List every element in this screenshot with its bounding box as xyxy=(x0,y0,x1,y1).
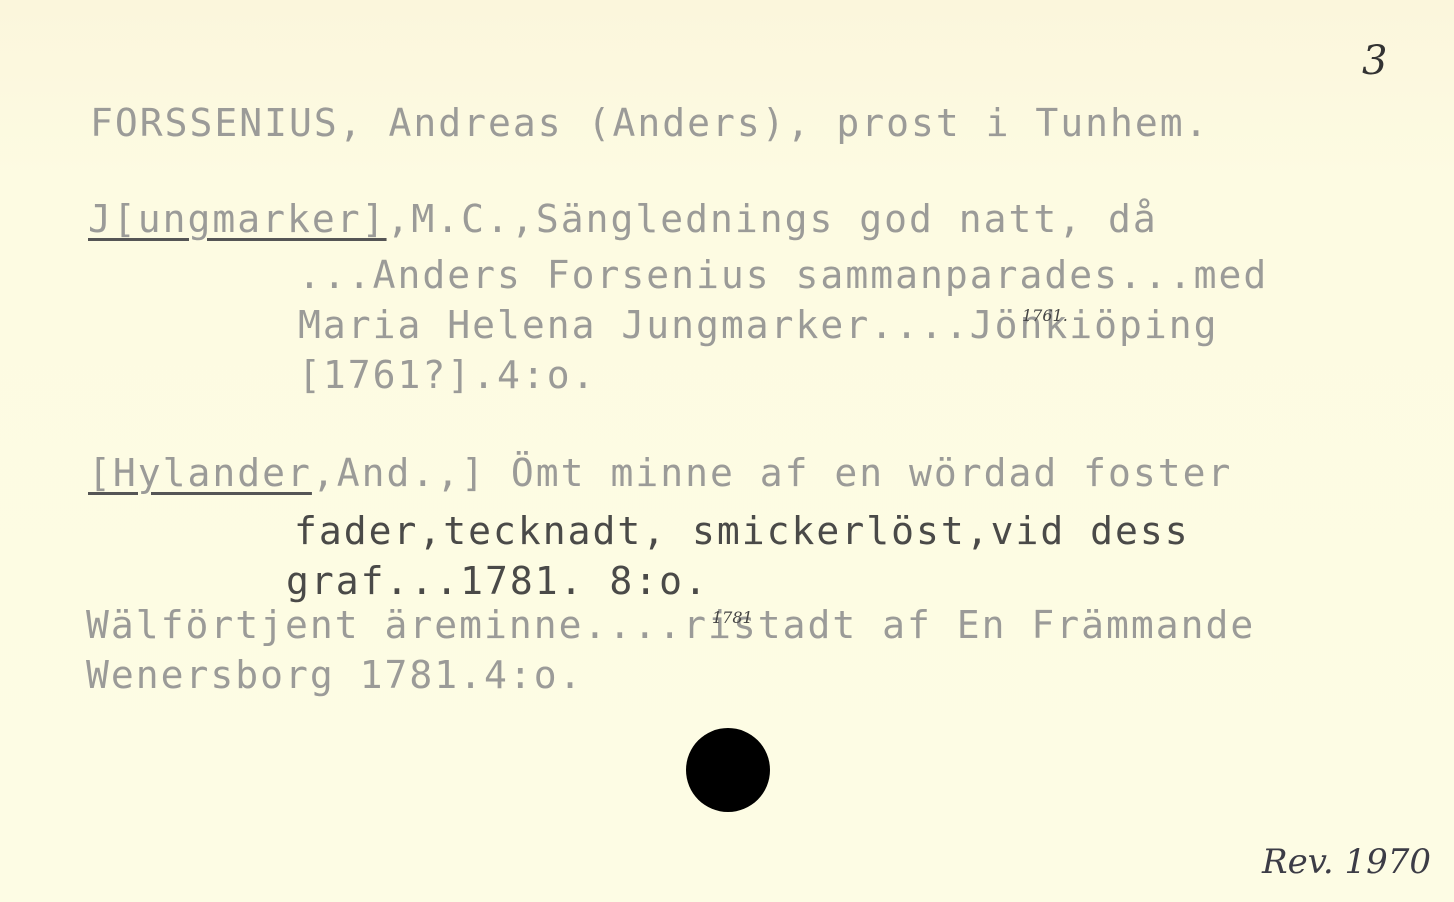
revision-note: Rev. 1970 xyxy=(1262,842,1431,882)
punch-hole xyxy=(686,728,770,812)
entry-2-author: [Hylander xyxy=(88,451,312,495)
catalog-card: 3 FORSSENIUS, Andreas (Anders), prost i … xyxy=(0,0,1454,902)
heading-rest: , Andreas (Anders), prost i Tunhem. xyxy=(339,101,1210,145)
entry-1-line-1: J[ungmarker],M.C.,Sänglednings god natt,… xyxy=(88,200,1158,238)
entry-1-line-4: [1761?].4:o. xyxy=(298,356,597,394)
entry-1-author: J[ungmarker] xyxy=(88,197,387,241)
entry-1-line-2: ...Anders Forsenius sammanparades...med xyxy=(298,256,1268,294)
entry-1-line-3: Maria Helena Jungmarker....Jönkiöping xyxy=(298,306,1218,344)
entry-2-title: ,And.,] Ömt minne af en wördad foster xyxy=(312,451,1232,495)
card-heading: FORSSENIUS, Andreas (Anders), prost i Tu… xyxy=(90,104,1210,142)
heading-surname: FORSSENIUS xyxy=(90,101,339,145)
page-number: 3 xyxy=(1362,38,1387,84)
entry-3-line-2: Wenersborg 1781.4:o. xyxy=(86,656,584,694)
entry-3-line-1: Wälförtjent äreminne....ristadt af En Fr… xyxy=(86,606,1255,644)
entry-1-title: ,M.C.,Sänglednings god natt, då xyxy=(387,197,1158,241)
entry-2-line-1: [Hylander,And.,] Ömt minne af en wördad … xyxy=(88,454,1232,492)
entry-2-line-2: fader,tecknadt, smickerlöst,vid dess xyxy=(294,512,1190,550)
entry-2-line-3: graf...1781. 8:o. xyxy=(286,562,709,600)
entry-3-annotation: 1781 xyxy=(712,608,753,627)
entry-1-annotation: 1761. xyxy=(1022,306,1068,325)
